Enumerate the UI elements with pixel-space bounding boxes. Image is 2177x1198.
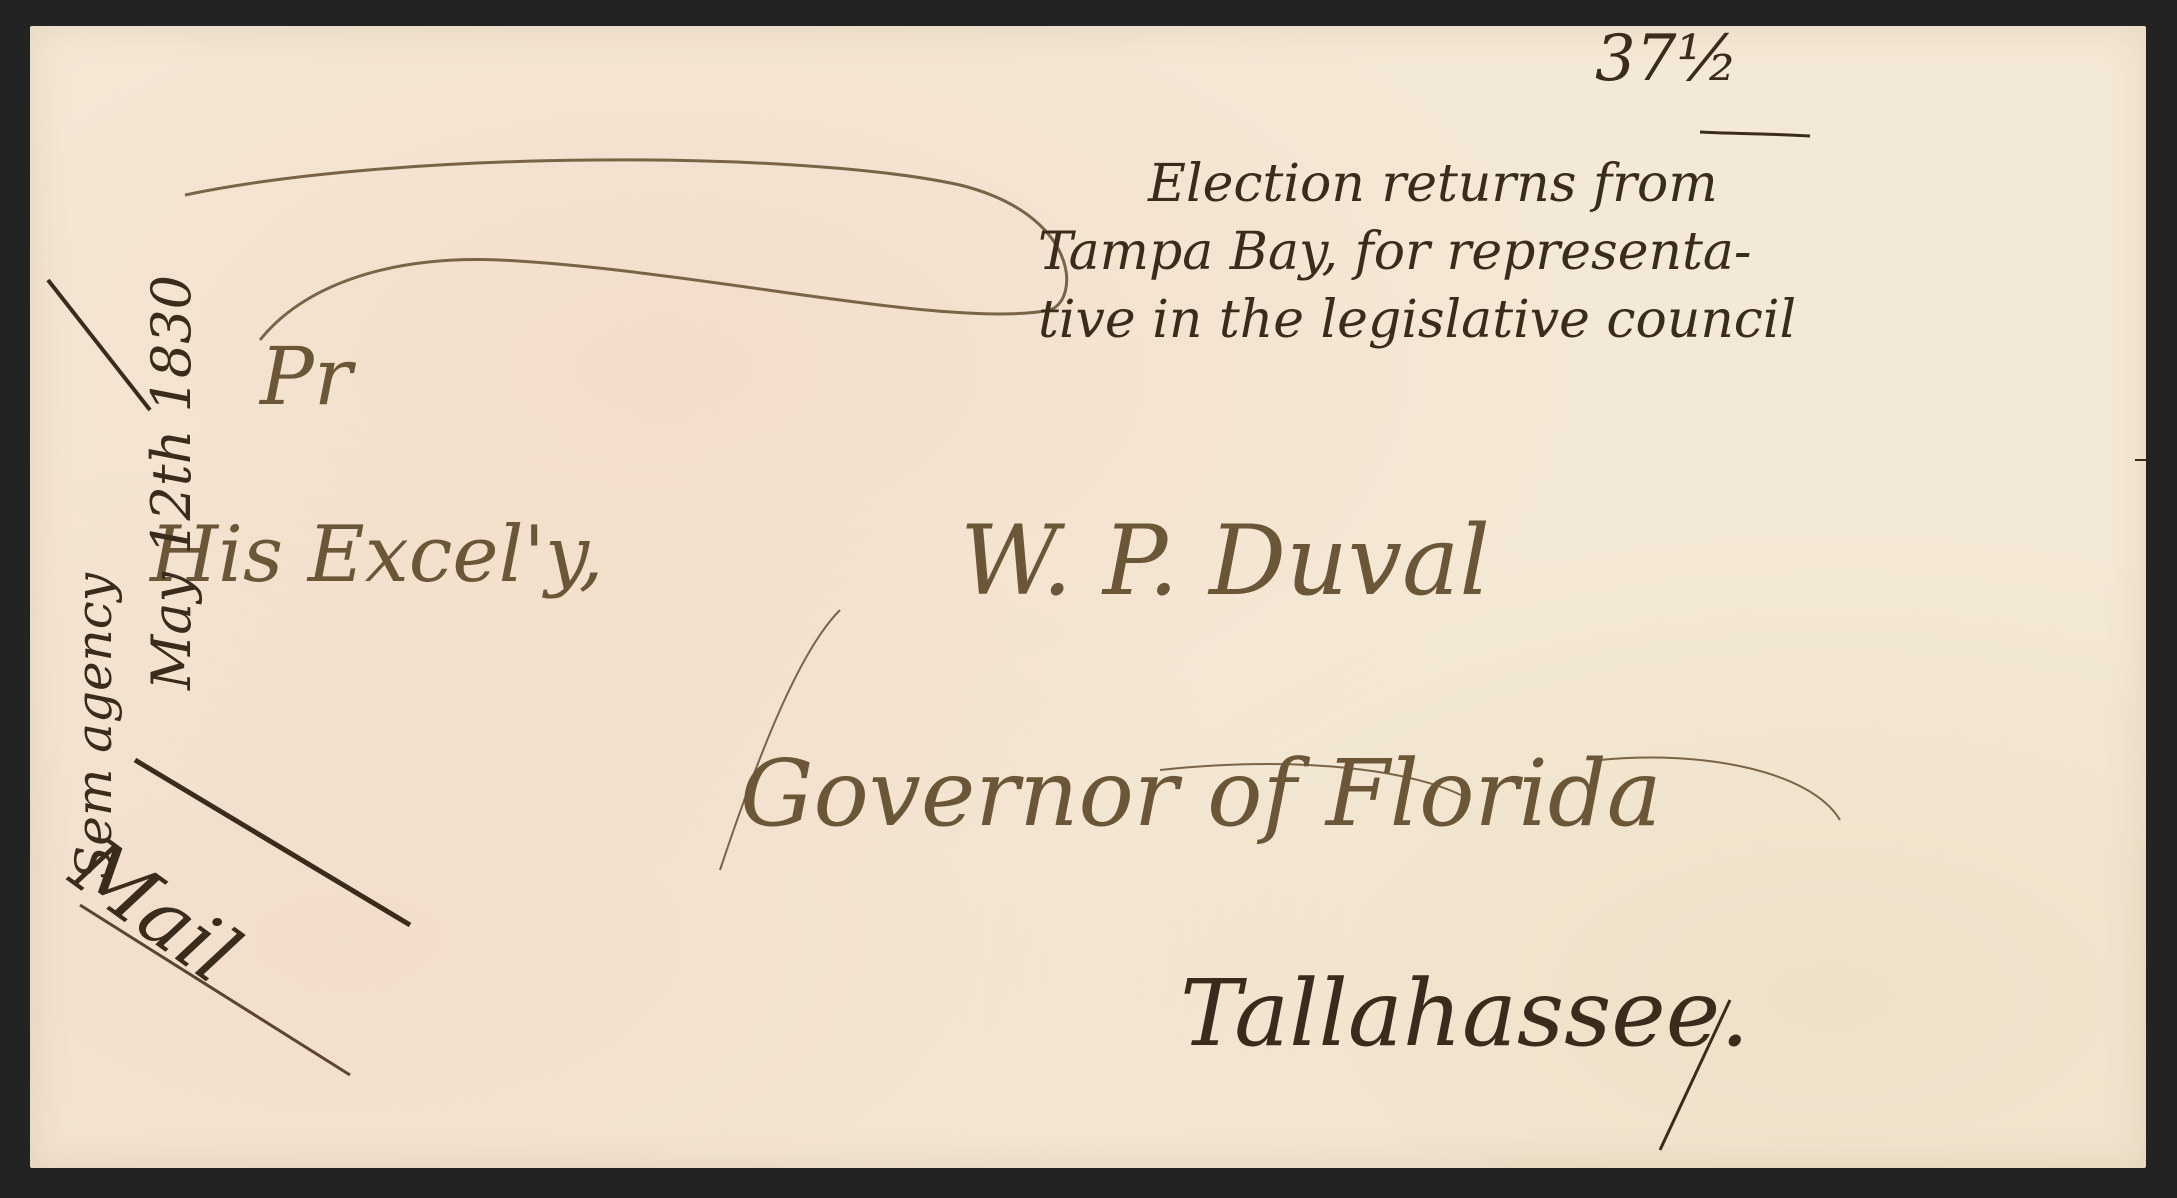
address-city: Tallahassee. — [1180, 960, 1749, 1067]
franking-note: Pr — [260, 330, 352, 423]
docket-line: Tampa Bay, for representa- — [1038, 218, 1796, 286]
docket-line: tive in the legislative council — [1038, 286, 1796, 354]
docket-note: Election returns from Tampa Bay, for rep… — [1148, 150, 1796, 354]
address-name: W. P. Duval — [960, 505, 1490, 617]
origin-marking-line2: May 12th 1830 — [140, 275, 203, 690]
docket-line: Election returns from — [1148, 150, 1796, 218]
address-title: Governor of Florida — [740, 740, 1662, 847]
address-salutation: His Excel'y, — [150, 510, 603, 600]
postage-rate-marking: 37½ — [1595, 22, 1738, 96]
